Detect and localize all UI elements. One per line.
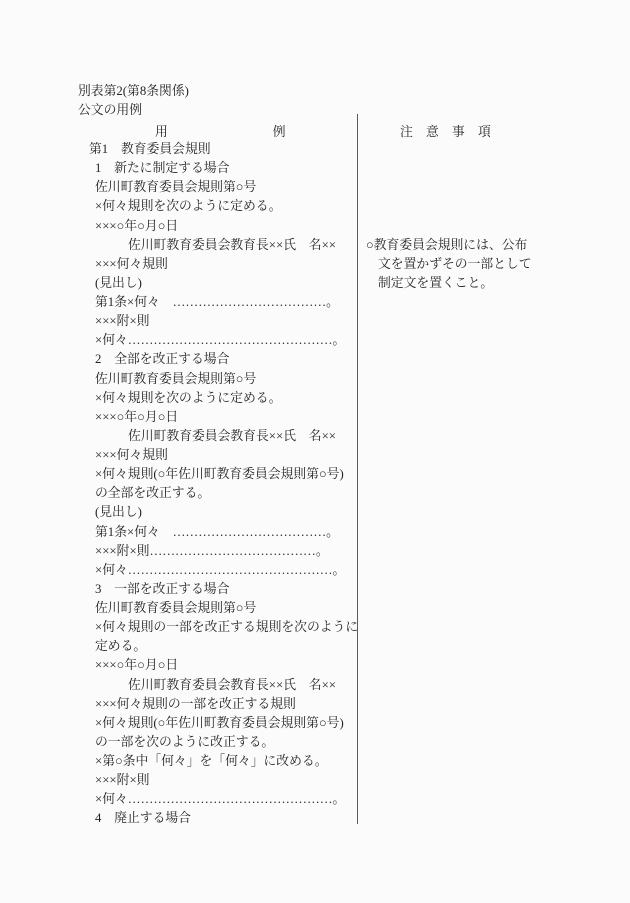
usage-line: 佐川町教育委員会規則第○号 bbox=[0, 370, 357, 389]
usage-line: の全部を改正する。 bbox=[0, 484, 357, 503]
usage-line: 佐川町教育委員会規則第○号 bbox=[0, 178, 357, 197]
usage-column: 第1 教育委員会規則 1 新たに制定する場合 佐川町教育委員会規則第○号 ×何々… bbox=[0, 140, 357, 829]
usage-line: 佐川町教育委員会教育長××氏 名×× bbox=[0, 236, 357, 255]
usage-line: ×××何々規則の一部を改正する規則 bbox=[0, 695, 357, 714]
usage-line: 1 新たに制定する場合 bbox=[0, 159, 357, 178]
usage-line: ×何々規則を次のように定める。 bbox=[0, 389, 357, 408]
note-line: 文を置かずその一部として bbox=[366, 255, 586, 274]
usage-line: 佐川町教育委員会教育長××氏 名×× bbox=[0, 427, 357, 446]
usage-line: ×何々規則(○年佐川町教育委員会規則第○号) bbox=[0, 714, 357, 733]
usage-line: 第1条×何々 ………………………………。 bbox=[0, 523, 357, 542]
usage-line: ×何々…………………………………………。 bbox=[0, 790, 357, 809]
usage-line: ×××○年○月○日 bbox=[0, 408, 357, 427]
column-header-usage: 用例 bbox=[155, 121, 391, 140]
page-title: 公文の用例 bbox=[78, 101, 189, 120]
usage-line: 第1 教育委員会規則 bbox=[0, 140, 357, 159]
usage-line: (見出し) bbox=[0, 503, 357, 522]
column-divider bbox=[357, 114, 358, 824]
usage-line: 第1条×何々 ………………………………。 bbox=[0, 293, 357, 312]
usage-line: ×××附×則 bbox=[0, 312, 357, 331]
usage-line: ×何々規則の一部を改正する規則を次のように bbox=[0, 618, 357, 637]
usage-line: ×何々…………………………………………。 bbox=[0, 561, 357, 580]
usage-line: (見出し) bbox=[0, 274, 357, 293]
usage-line: の一部を次のように改正する。 bbox=[0, 733, 357, 752]
usage-line: ×何々規則(○年佐川町教育委員会規則第○号) bbox=[0, 465, 357, 484]
usage-line: ×第○条中「何々」を「何々」に改める。 bbox=[0, 752, 357, 771]
note-line: ○教育委員会規則には、公布 bbox=[366, 236, 586, 255]
appendix-label: 別表第2(第8条関係) bbox=[78, 82, 189, 101]
usage-line: 定める。 bbox=[0, 637, 357, 656]
usage-line: 4 廃止する場合 bbox=[0, 809, 357, 828]
document-page: 別表第2(第8条関係) 公文の用例 用例 注意事項 第1 教育委員会規則 1 新… bbox=[0, 0, 630, 903]
usage-line: ×何々…………………………………………。 bbox=[0, 331, 357, 350]
usage-line: ×××○年○月○日 bbox=[0, 656, 357, 675]
usage-line: ×××附×則 bbox=[0, 771, 357, 790]
usage-line: 佐川町教育委員会教育長××氏 名×× bbox=[0, 676, 357, 695]
column-header-notes: 注意事項 bbox=[400, 121, 504, 140]
usage-line: 佐川町教育委員会規則第○号 bbox=[0, 599, 357, 618]
usage-line: 3 一部を改正する場合 bbox=[0, 580, 357, 599]
title-block: 別表第2(第8条関係) 公文の用例 bbox=[78, 82, 189, 120]
usage-line: ×××附×則…………………………………。 bbox=[0, 542, 357, 561]
usage-line: ×××○年○月○日 bbox=[0, 217, 357, 236]
usage-line: 2 全部を改正する場合 bbox=[0, 350, 357, 369]
notes-column: ○教育委員会規則には、公布 文を置かずその一部として 制定文を置くこと。 bbox=[366, 236, 586, 293]
note-line: 制定文を置くこと。 bbox=[366, 274, 586, 293]
usage-line: ×××何々規則 bbox=[0, 255, 357, 274]
usage-line: ×××何々規則 bbox=[0, 446, 357, 465]
usage-line: ×何々規則を次のように定める。 bbox=[0, 197, 357, 216]
